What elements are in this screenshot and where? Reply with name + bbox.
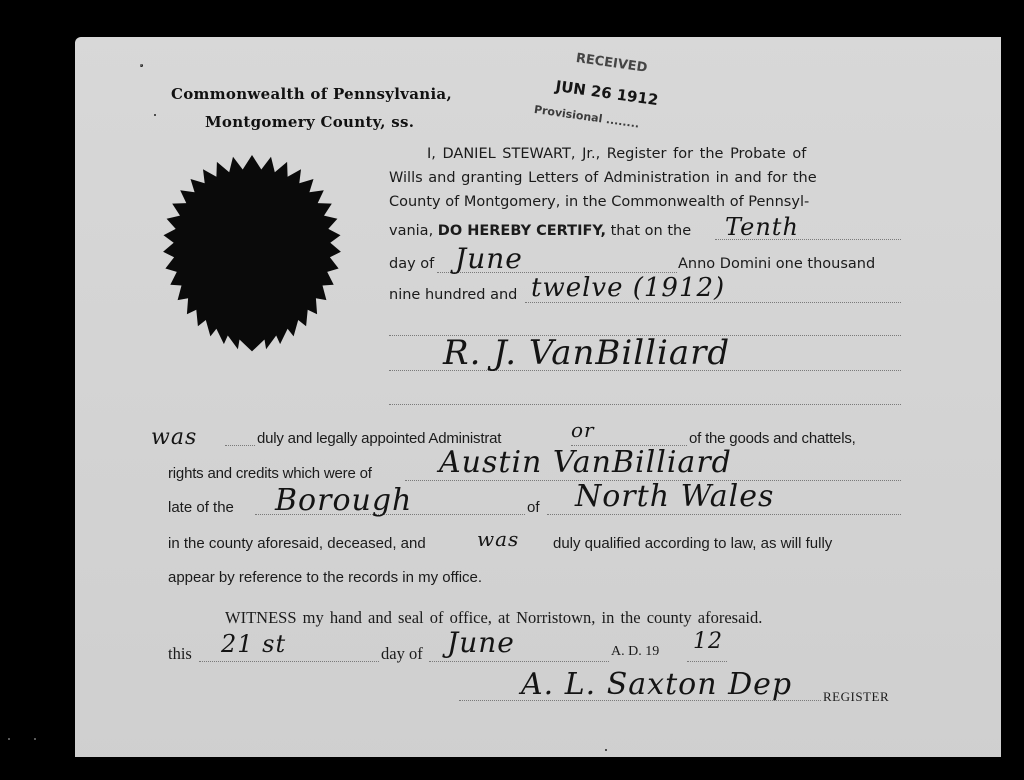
handwritten-north-wales: North Wales [575, 479, 774, 514]
text-day-of: day of [389, 256, 434, 272]
text-rights-and-credits: rights and credits which were of [168, 465, 372, 482]
blank-line-witness-month [429, 661, 609, 662]
blank-line-3 [389, 404, 901, 405]
certify-line-2: Wills and granting Letters of Administra… [389, 170, 817, 186]
blank-line-witness-year [687, 661, 727, 662]
text-anno-domini: Anno Domini one thousand [678, 256, 875, 272]
certify-line-3: County of Montgomery, in the Commonwealt… [389, 194, 809, 210]
header-county: Montgomery County, ss. [205, 113, 414, 131]
handwritten-witness-year: 12 [693, 629, 723, 654]
received-stamp-provisional: Provisional ........ [533, 103, 640, 131]
handwritten-was-2: was [477, 527, 519, 551]
header-commonwealth: Commonwealth of Pennsylvania, [171, 85, 452, 103]
text-nine-hundred-and: nine hundred and [389, 287, 517, 303]
handwritten-appointee-name: R. J. VanBilliard [443, 333, 730, 373]
register-signature: A. L. Saxton Dep [521, 667, 792, 702]
certify-line-4: vania, DO HEREBY CERTIFY, that on the [389, 223, 691, 239]
text-of: of [527, 499, 540, 516]
do-hereby-certify: DO HEREBY CERTIFY, [438, 223, 606, 239]
text-day-of-2: day of [381, 644, 423, 664]
handwritten-administrator-suffix: or [571, 418, 595, 442]
handwritten-decedent-name: Austin VanBilliard [439, 445, 732, 480]
handwritten-day-ordinal: Tenth [725, 213, 799, 241]
text-witness: WITNESS my hand and seal of office, at N… [225, 608, 762, 628]
text-ad-19: A. D. 19 [611, 644, 659, 660]
text-register: REGISTER [823, 689, 889, 705]
blank-line-municipality-name [547, 514, 901, 515]
received-stamp-line: RECEIVED [575, 51, 648, 76]
handwritten-month: June [455, 242, 523, 275]
text-vania: vania, [389, 223, 433, 239]
text-late-of-the: late of the [168, 499, 234, 516]
text-that-on-the: that on the [611, 223, 692, 239]
certify-line-1: I, DANIEL STEWART, Jr., Register for the… [427, 146, 806, 162]
blank-line-witness-day [199, 661, 379, 662]
text-appear-by-reference: appear by reference to the records in my… [168, 569, 482, 586]
document-page: Commonwealth of Pennsylvania, Montgomery… [75, 37, 1001, 757]
handwritten-year: twelve (1912) [531, 273, 725, 303]
text-duly-qualified: duly qualified according to law, as will… [553, 535, 832, 552]
handwritten-borough: Borough [275, 483, 412, 518]
embossed-seal-icon [134, 155, 370, 375]
handwritten-was-1: was [151, 425, 197, 450]
handwritten-witness-month: June [447, 626, 515, 659]
blank-line-was [225, 445, 255, 446]
received-stamp-date: JUN 26 1912 [554, 77, 659, 109]
handwritten-witness-day: 21 st [221, 630, 286, 658]
text-this: this [168, 644, 192, 664]
text-county-aforesaid-deceased: in the county aforesaid, deceased, and [168, 535, 426, 552]
